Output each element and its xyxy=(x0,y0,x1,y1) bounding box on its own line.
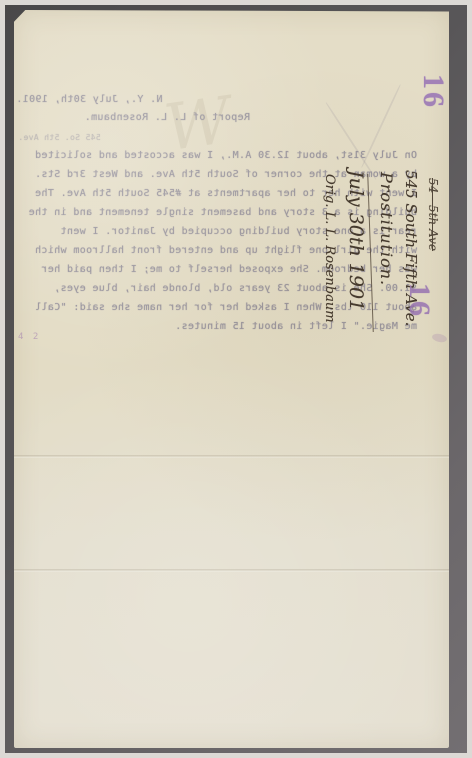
document-page: W N. Y., July 30th, 1901. Report of L. L… xyxy=(14,10,449,748)
address-line: 545 So. 5th Ave. xyxy=(18,128,101,147)
hw-date: July 30th 1901 xyxy=(337,170,367,346)
page-number-stamp-mid: 16 xyxy=(404,272,434,330)
typed-report-mirrored: N. Y., July 30th, 1901. Report of L. L. … xyxy=(14,10,449,748)
margin-mark-left: 4 2 xyxy=(18,332,40,342)
typed-body-line: On July 31st, about 12.30 A.M., I was ac… xyxy=(26,146,417,165)
page-number-stamp-top: 16 xyxy=(418,63,448,121)
background-mat: W N. Y., July 30th, 1901. Report of L. L… xyxy=(5,5,467,753)
photo-frame: W N. Y., July 30th, 1901. Report of L. L… xyxy=(0,0,472,758)
report-byline: Report of L. L. Rosenbaum. xyxy=(84,108,250,127)
hw-charge: Prostitution. xyxy=(372,172,396,346)
hw-investigator: Orig. L. L. Rosenbaum xyxy=(315,174,337,346)
dateline: N. Y., July 30th, 1901. xyxy=(16,90,163,109)
